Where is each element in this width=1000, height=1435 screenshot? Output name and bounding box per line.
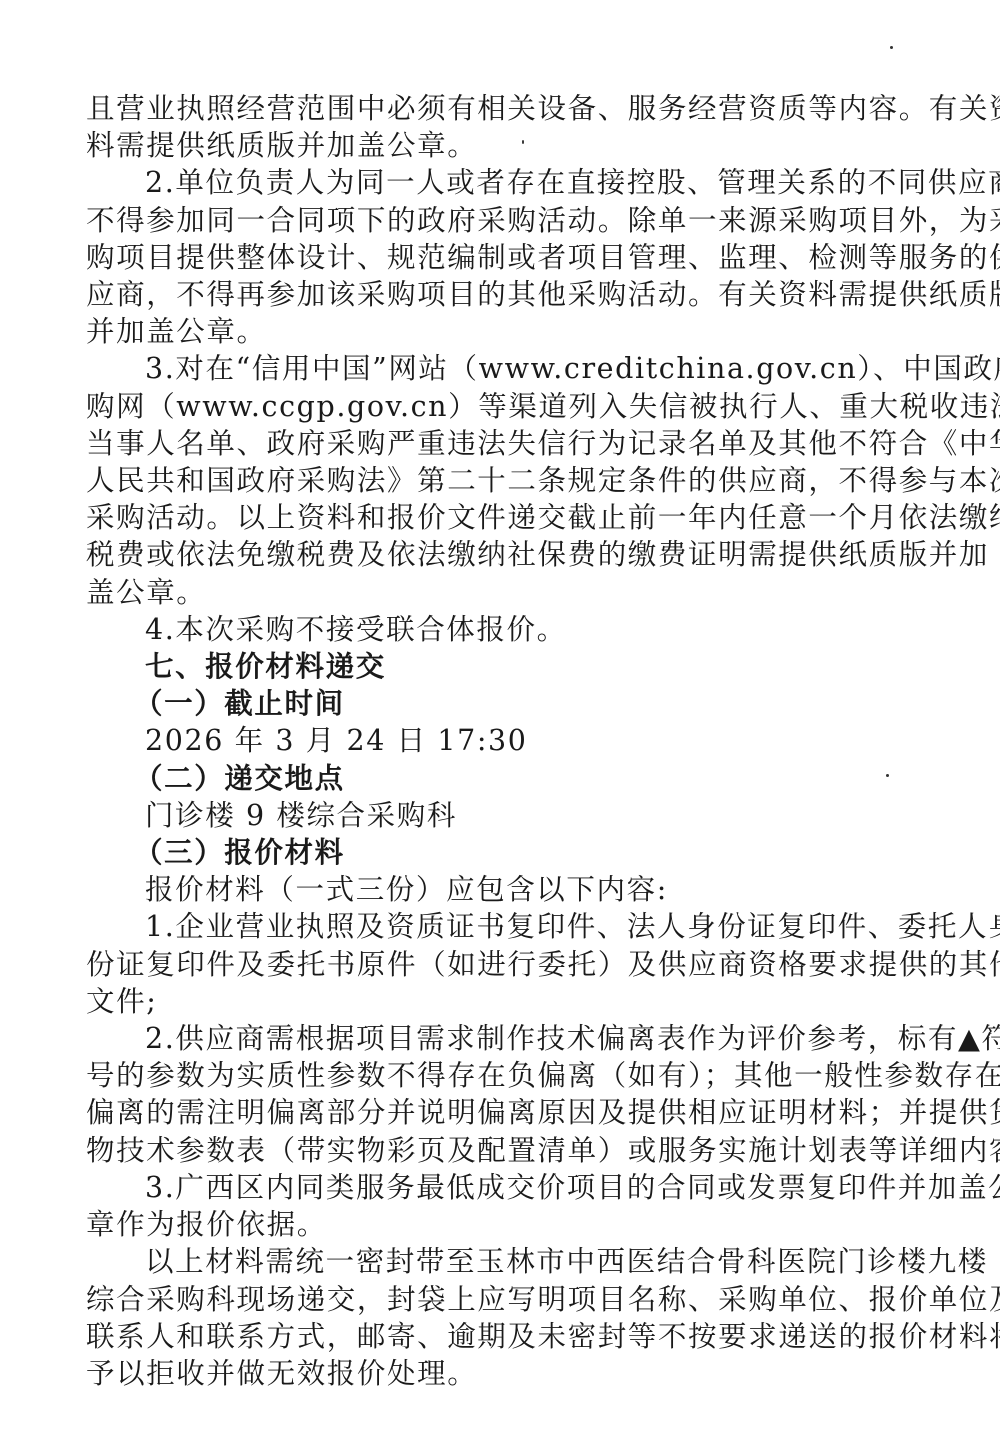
paragraph-item-3: 3.对在“信用中国”网站（www.creditchina.gov.cn）、中国政… bbox=[86, 350, 916, 610]
closing-paragraph: 以上材料需统一密封带至玉林市中西医结合骨科医院门诊楼九楼 综合采购科现场递交，封… bbox=[86, 1243, 916, 1392]
scan-speck bbox=[890, 46, 893, 49]
text-line: 购网（www.ccgp.gov.cn）等渠道列入失信被执行人、重大税收违法案件 bbox=[86, 388, 916, 425]
materials-item-2: 2.供应商需根据项目需求制作技术偏离表作为评价参考，标有▲符 号的参数为实质性参… bbox=[86, 1020, 916, 1169]
text-line: 2.单位负责人为同一人或者存在直接控股、管理关系的不同供应商， bbox=[86, 164, 916, 201]
text-line: 且营业执照经营范围中必须有相关设备、服务经营资质等内容。有关资 bbox=[86, 90, 916, 127]
text-line: 税费或依法免缴税费及依法缴纳社保费的缴费证明需提供纸质版并加 bbox=[86, 536, 916, 573]
text-line: 2.供应商需根据项目需求制作技术偏离表作为评价参考，标有▲符 bbox=[86, 1020, 916, 1057]
section-heading: 七、报价材料递交 bbox=[86, 648, 916, 685]
paragraph-item-4: 4.本次采购不接受联合体报价。 bbox=[86, 611, 916, 648]
document-page: 且营业执照经营范围中必须有相关设备、服务经营资质等内容。有关资 料需提供纸质版并… bbox=[86, 90, 916, 1392]
text-line: 不得参加同一合同项下的政府采购活动。除单一来源采购项目外，为采 bbox=[86, 202, 916, 239]
materials-intro: 报价材料（一式三份）应包含以下内容: bbox=[86, 871, 916, 908]
text-line: 文件; bbox=[86, 983, 916, 1020]
paragraph-business-license-continuation: 且营业执照经营范围中必须有相关设备、服务经营资质等内容。有关资 料需提供纸质版并… bbox=[86, 90, 916, 164]
text-line: 盖公章。 bbox=[86, 574, 916, 611]
text-line: 购项目提供整体设计、规范编制或者项目管理、监理、检测等服务的供 bbox=[86, 239, 916, 276]
scan-speck bbox=[522, 140, 524, 144]
scan-speck bbox=[160, 1330, 162, 1332]
text-line: 料需提供纸质版并加盖公章。 bbox=[86, 127, 916, 164]
text-line: 予以拒收并做无效报价处理。 bbox=[86, 1355, 916, 1392]
subsection-title-materials: （三）报价材料 bbox=[86, 834, 916, 871]
text-line: 应商，不得再参加该采购项目的其他采购活动。有关资料需提供纸质版 bbox=[86, 276, 916, 313]
text-line: 3.对在“信用中国”网站（www.creditchina.gov.cn）、中国政… bbox=[86, 350, 916, 387]
text-line: 人民共和国政府采购法》第二十二条规定条件的供应商，不得参与本次 bbox=[86, 462, 916, 499]
scan-speck bbox=[886, 774, 889, 777]
text-line: 当事人名单、政府采购严重违法失信行为记录名单及其他不符合《中华 bbox=[86, 425, 916, 462]
text-line: 物技术参数表（带实物彩页及配置清单）或服务实施计划表等详细内容; bbox=[86, 1132, 916, 1169]
text-line: 4.本次采购不接受联合体报价。 bbox=[86, 611, 916, 648]
text-line: 号的参数为实质性参数不得存在负偏离（如有）；其他一般性参数存在 bbox=[86, 1057, 916, 1094]
subsection-title-deadline: （一）截止时间 bbox=[86, 685, 916, 722]
text-line: 采购活动。以上资料和报价文件递交截止前一年内任意一个月依法缴纳 bbox=[86, 499, 916, 536]
text-line: 并加盖公章。 bbox=[86, 313, 916, 350]
paragraph-item-2: 2.单位负责人为同一人或者存在直接控股、管理关系的不同供应商， 不得参加同一合同… bbox=[86, 164, 916, 350]
scan-speck bbox=[890, 1140, 893, 1143]
text-line: 份证复印件及委托书原件（如进行委托）及供应商资格要求提供的其他 bbox=[86, 946, 916, 983]
materials-item-1: 1.企业营业执照及资质证书复印件、法人身份证复印件、委托人身 份证复印件及委托书… bbox=[86, 908, 916, 1020]
text-line: 联系人和联系方式，邮寄、逾期及未密封等不按要求递送的报价材料将 bbox=[86, 1318, 916, 1355]
text-line: 偏离的需注明偏离部分并说明偏离原因及提供相应证明材料；并提供货 bbox=[86, 1094, 916, 1131]
text-line: 1.企业营业执照及资质证书复印件、法人身份证复印件、委托人身 bbox=[86, 908, 916, 945]
location-value: 门诊楼 9 楼综合采购科 bbox=[86, 797, 916, 834]
text-line: 章作为报价依据。 bbox=[86, 1206, 916, 1243]
deadline-value: 2026 年 3 月 24 日 17:30 bbox=[86, 722, 916, 759]
text-line: 以上材料需统一密封带至玉林市中西医结合骨科医院门诊楼九楼 bbox=[86, 1243, 916, 1280]
subsection-title-location: （二）递交地点 bbox=[86, 760, 916, 797]
text-line: 3.广西区内同类服务最低成交价项目的合同或发票复印件并加盖公 bbox=[86, 1169, 916, 1206]
materials-item-3: 3.广西区内同类服务最低成交价项目的合同或发票复印件并加盖公 章作为报价依据。 bbox=[86, 1169, 916, 1243]
text-line: 综合采购科现场递交，封袋上应写明项目名称、采购单位、报价单位及 bbox=[86, 1281, 916, 1318]
